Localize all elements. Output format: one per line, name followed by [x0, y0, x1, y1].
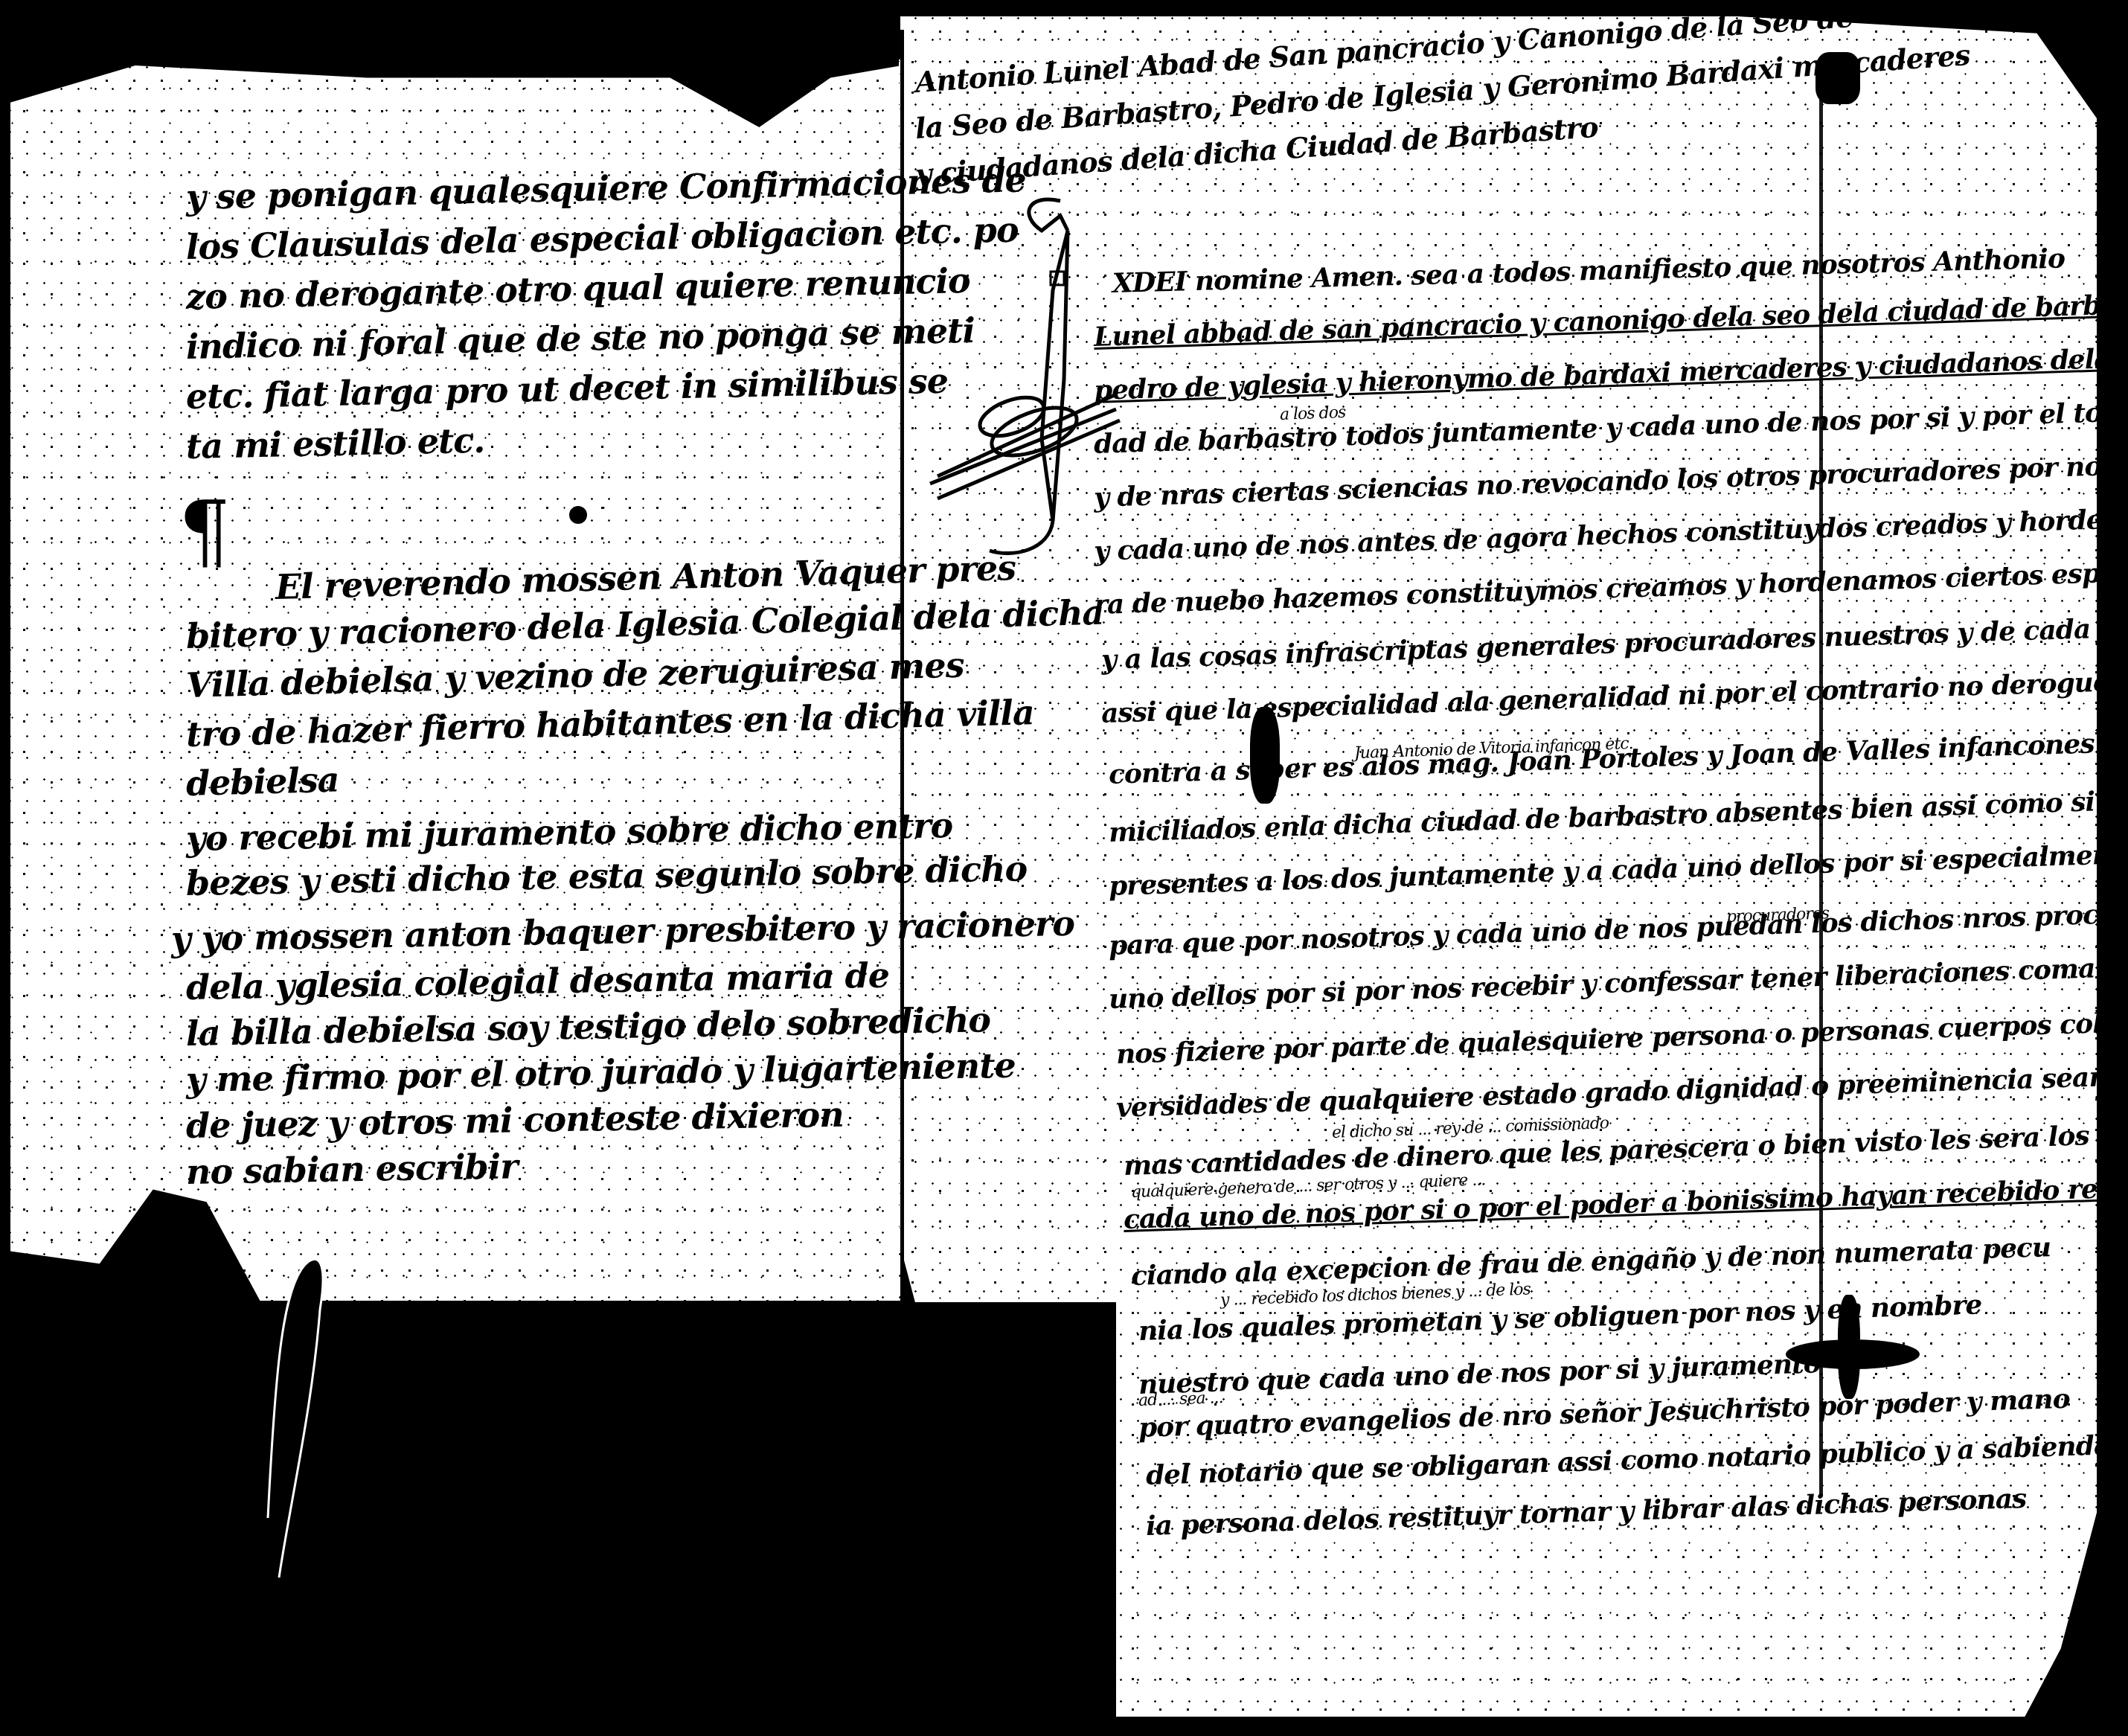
ink-blot: [569, 506, 587, 524]
text-line: ta mi estillo etc.: [185, 420, 484, 467]
ink-stain: [1838, 1295, 1860, 1399]
interlinear-note: a los dos: [1280, 403, 1346, 424]
scan-top-edge: [0, 0, 900, 60]
ink-stain: [1815, 52, 1860, 104]
text-line: no sabian escribir: [186, 1146, 518, 1192]
paper-fold-line: [1819, 82, 1823, 1496]
paragraph-mark-icon: ¶: [179, 484, 230, 579]
scan-right-edge: [2098, 0, 2128, 1736]
interlinear-note: ad ... sea ...: [1138, 1389, 1223, 1410]
notarial-sign-icon: [923, 186, 1131, 647]
ink-stain: [1250, 707, 1280, 804]
scanner-background: [0, 1302, 1116, 1736]
text-line: debielsa: [185, 760, 339, 804]
interlinear-note: procuradores: [1726, 904, 1830, 926]
page-corner-flap: [208, 1220, 357, 1592]
